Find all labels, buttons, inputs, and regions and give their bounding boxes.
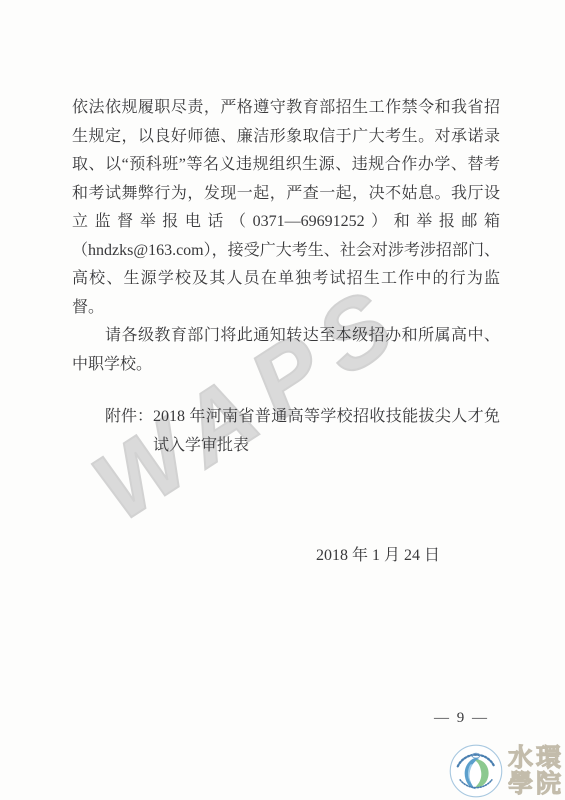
body-paragraph-2: 请各级教育部门将此通知转达至本级招办和所属高中、中职学校。	[72, 322, 500, 379]
college-name-characters: 水環 學院	[508, 745, 564, 797]
attachment-line: 附件： 2018 年河南省普通高等学校招收技能拔尖人才免试入学审批表	[72, 403, 500, 460]
attachment-title: 2018 年河南省普通高等学校招收技能拔尖人才免试入学审批表	[153, 403, 500, 460]
issue-date: 2018 年 1 月 24 日	[72, 542, 500, 571]
college-stamp: 水環 學院	[448, 743, 564, 799]
document-body: 依法依规履职尽责，严格遵守教育部招生工作禁令和我省招生规定，以良好师德、廉洁形象…	[72, 94, 500, 571]
page-number: — 9 —	[434, 710, 489, 727]
document-page: WAPS 依法依规履职尽责，严格遵守教育部招生工作禁令和我省招生规定，以良好师德…	[0, 0, 565, 800]
college-name-row-2: 學院	[508, 771, 564, 797]
body-paragraph-1: 依法依规履职尽责，严格遵守教育部招生工作禁令和我省招生规定，以良好师德、廉洁形象…	[72, 94, 500, 322]
attachment-label: 附件：	[105, 403, 153, 460]
college-logo-icon	[448, 743, 504, 799]
college-name-row-1: 水環	[508, 745, 564, 771]
